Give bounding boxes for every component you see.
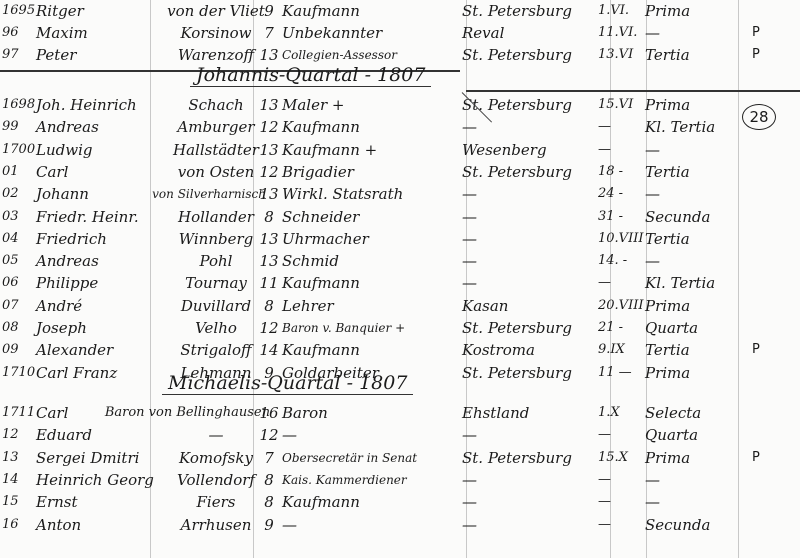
first-name: Anton [36,512,166,538]
admission-date: — [598,512,644,538]
entry-number: 16 [2,512,38,538]
admission-date: 11 — [598,360,644,386]
first-name: Carl Franz [36,360,166,386]
age: 9 [258,512,280,538]
father-occupation: — [282,512,452,538]
register-page: 1695 Ritger von der Vliet 9 Kaufmann St.… [0,0,800,558]
note-mark: P [752,42,782,68]
entry-number: 97 [2,42,38,68]
surname: Arrhusen [166,512,266,538]
register-row: 16 Anton Arrhusen 9 — — — Secunda [0,512,800,538]
school-class: Secunda [645,512,745,538]
birthplace: St. Petersburg [462,42,592,68]
section-heading-michaelis: Michaelis-Quartal - 1807 [162,372,413,395]
birthplace: — [462,512,592,538]
first-name: Peter [36,42,166,68]
school-class: Prima [645,360,745,386]
birthplace: St. Petersburg [462,360,592,386]
admission-date: 13.VI [598,42,644,68]
section-heading-johannis: Johannis-Quartal - 1807 [190,64,431,87]
school-class: Tertia [645,42,745,68]
entry-number: 1710 [2,360,38,386]
page-number-circle: 28 [742,104,776,130]
